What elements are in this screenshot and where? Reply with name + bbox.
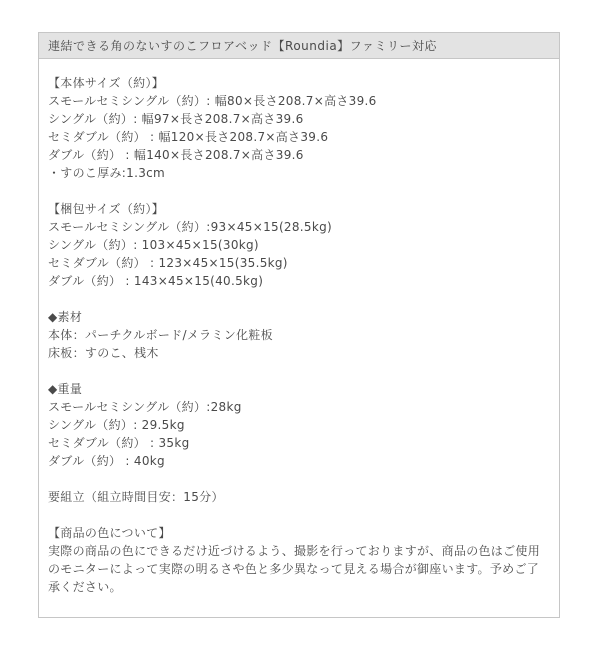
spec-body: 【本体サイズ（約）】スモールセミシングル（約）: 幅80×長さ208.7×高さ3… [39, 59, 559, 617]
spec-line: セミダブル（約） : 123×45×15(35.5kg) [48, 254, 550, 272]
spec-line: ダブル（約） : 40kg [48, 452, 550, 470]
spec-line: 本体：パーチクルボード/メラミン化粧板 [48, 326, 550, 344]
spec-line: ダブル（約） : 143×45×15(40.5kg) [48, 272, 550, 290]
section-spacer [48, 290, 550, 308]
spec-line: 床板：すのこ、桟木 [48, 344, 550, 362]
section-heading: 【本体サイズ（約）】 [48, 74, 550, 92]
spec-line: シングル（約）: 29.5kg [48, 416, 550, 434]
section-heading: ◆素材 [48, 308, 550, 326]
spec-line: ダブル（約） : 幅140×長さ208.7×高さ39.6 [48, 146, 550, 164]
spec-line: スモールセミシングル（約）:28kg [48, 398, 550, 416]
section-spacer [48, 182, 550, 200]
section-heading: 【梱包サイズ（約）】 [48, 200, 550, 218]
product-title: 連結できる角のないすのこフロアベッド【Roundia】ファミリー対応 [48, 39, 437, 53]
spec-line: シングル（約）: 幅97×長さ208.7×高さ39.6 [48, 110, 550, 128]
section-spacer [48, 362, 550, 380]
spec-line: シングル（約）: 103×45×15(30kg) [48, 236, 550, 254]
spec-line: 実際の商品の色にできるだけ近づけるよう、撮影を行っておりますが、商品の色はご使用… [48, 542, 550, 596]
spec-line: セミダブル（約） : 35kg [48, 434, 550, 452]
spec-line: 要組立（組立時間目安：15分） [48, 488, 550, 506]
spec-line: スモールセミシングル（約）:93×45×15(28.5kg) [48, 218, 550, 236]
product-title-bar: 連結できる角のないすのこフロアベッド【Roundia】ファミリー対応 [39, 33, 559, 59]
product-spec-panel: 連結できる角のないすのこフロアベッド【Roundia】ファミリー対応 【本体サイ… [38, 32, 560, 618]
spec-line: ・すのこ厚み:1.3cm [48, 164, 550, 182]
section-heading: ◆重量 [48, 380, 550, 398]
section-spacer [48, 470, 550, 488]
section-spacer [48, 506, 550, 524]
section-heading: 【商品の色について】 [48, 524, 550, 542]
spec-line: スモールセミシングル（約）: 幅80×長さ208.7×高さ39.6 [48, 92, 550, 110]
spec-line: セミダブル（約） : 幅120×長さ208.7×高さ39.6 [48, 128, 550, 146]
